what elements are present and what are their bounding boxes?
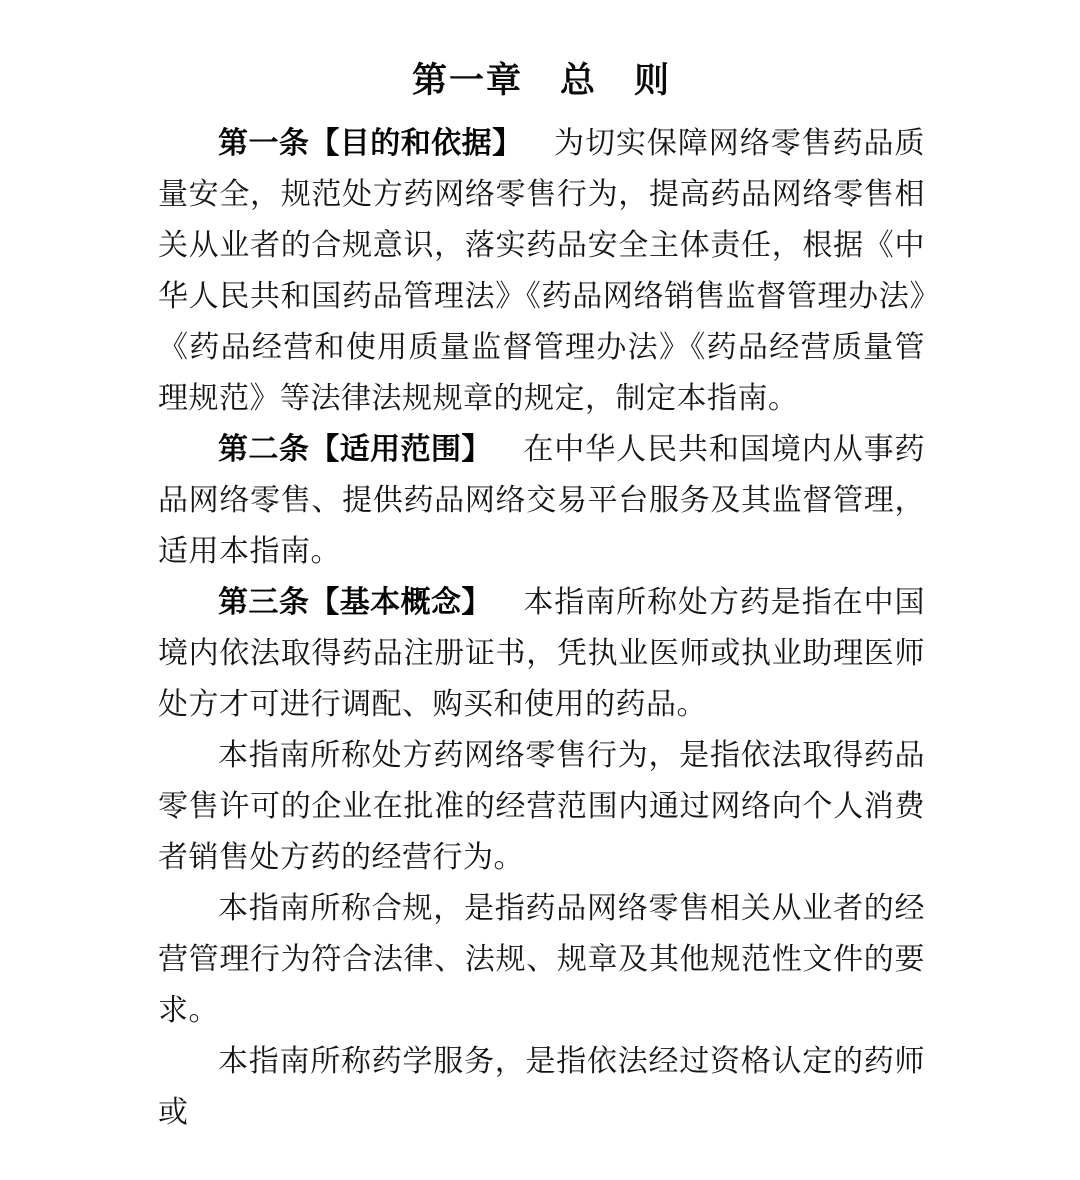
article-paragraph-3: 第三条【基本概念】本指南所称处方药是指在中国境内依法取得药品注册证书，凭执业医师… (158, 577, 925, 730)
article-paragraph-1: 第一条【目的和依据】为切实保障网络零售药品质量安全，规范处方药网络零售行为，提高… (158, 118, 925, 424)
body-paragraph-5: 本指南所称合规，是指药品网络零售相关从业者的经营管理行为符合法律、法规、规章及其… (158, 883, 925, 1036)
paragraph-6-text: 本指南所称药学服务，是指依法经过资格认定的药师或 (158, 1045, 925, 1129)
article-2-label: 第二条【适用范围】 (218, 433, 492, 466)
article-paragraph-2: 第二条【适用范围】在中华人民共和国境内从事药品网络零售、提供药品网络交易平台服务… (158, 424, 925, 577)
article-1-label: 第一条【目的和依据】 (218, 127, 523, 160)
paragraph-4-text: 本指南所称处方药网络零售行为，是指依法取得药品零售许可的企业在批准的经营范围内通… (158, 739, 925, 874)
chapter-title: 第一章 总 则 (158, 58, 925, 104)
article-1-text: 为切实保障网络零售药品质量安全，规范处方药网络零售行为，提高药品网络零售相关从业… (158, 127, 925, 415)
document-page: 第一章 总 则 第一条【目的和依据】为切实保障网络零售药品质量安全，规范处方药网… (0, 0, 1080, 1180)
body-paragraph-4: 本指南所称处方药网络零售行为，是指依法取得药品零售许可的企业在批准的经营范围内通… (158, 730, 925, 883)
body-paragraph-6: 本指南所称药学服务，是指依法经过资格认定的药师或 (158, 1036, 925, 1138)
paragraph-5-text: 本指南所称合规，是指药品网络零售相关从业者的经营管理行为符合法律、法规、规章及其… (158, 892, 925, 1027)
article-3-label: 第三条【基本概念】 (218, 586, 492, 619)
